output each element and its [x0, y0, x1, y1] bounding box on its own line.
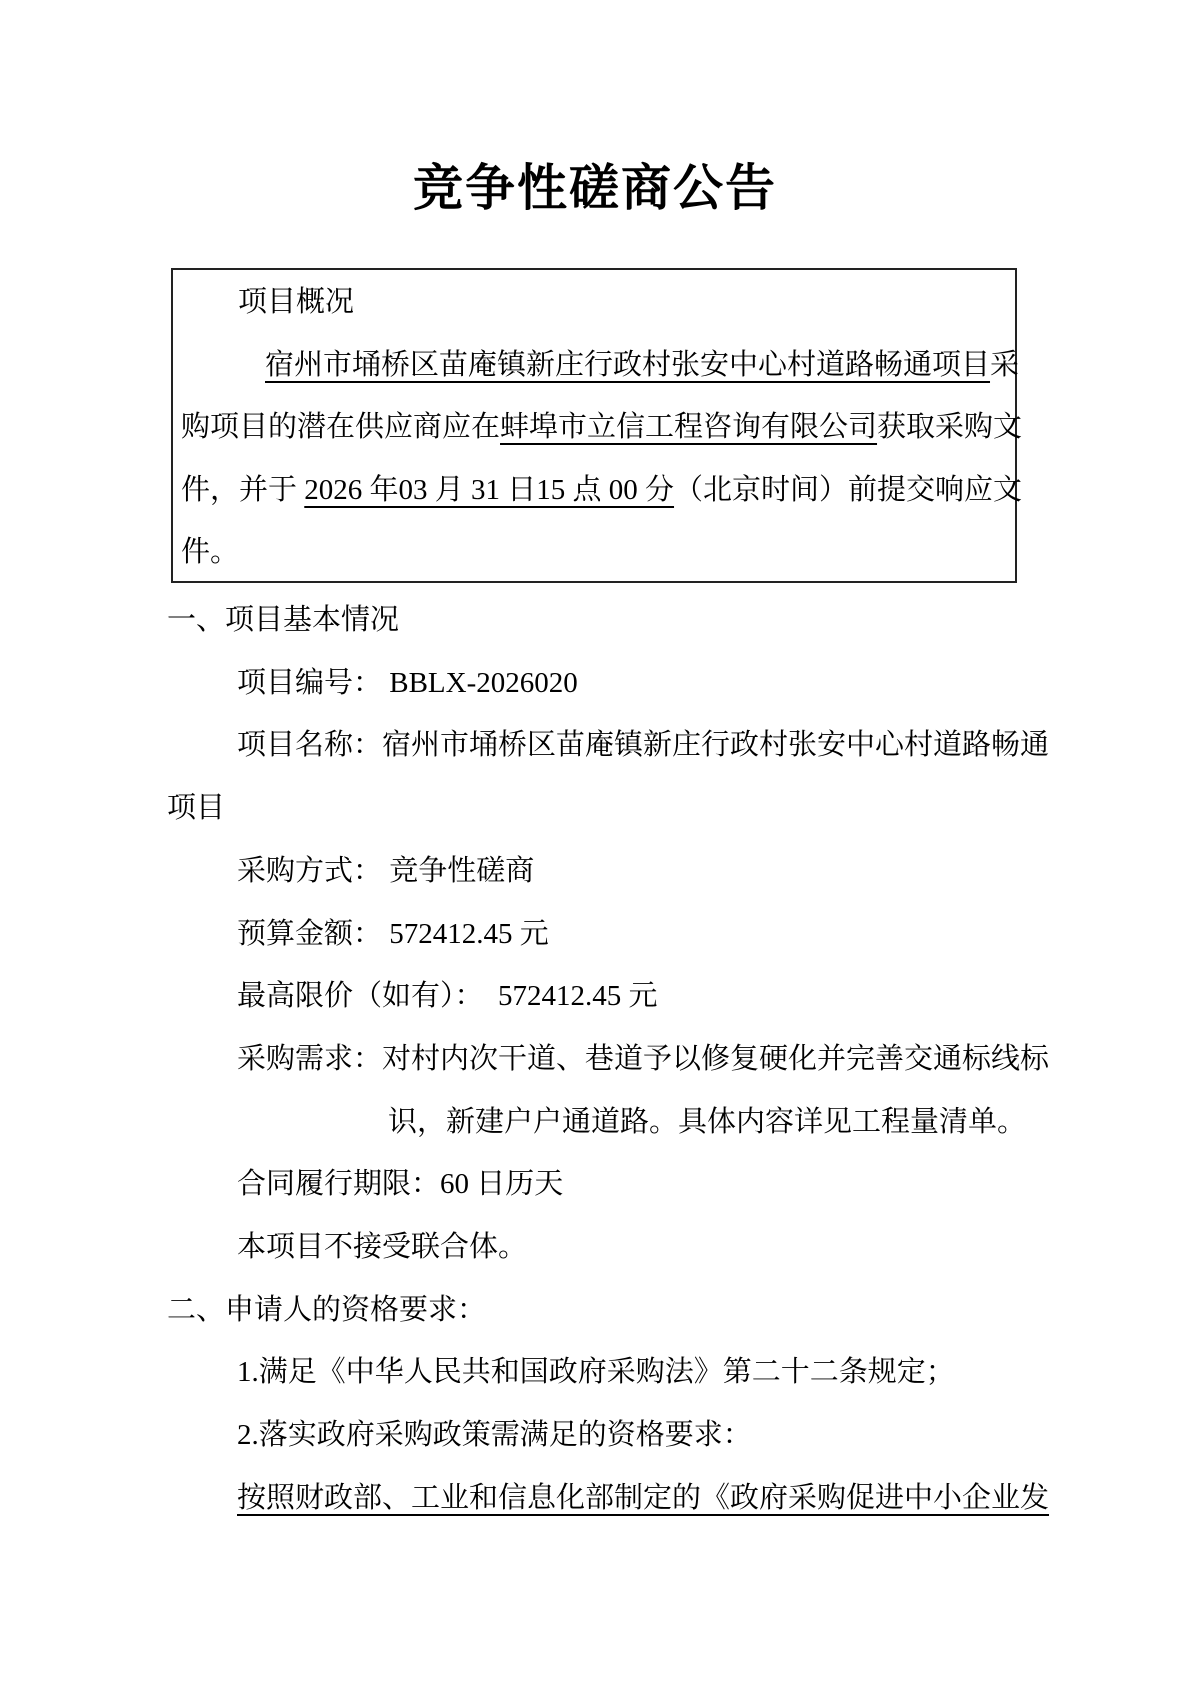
text-segment: 1.满足《中华人民共和国政府采购法》第二十二条规定；: [237, 1356, 955, 1388]
underlined-text: 宿州市埇桥区苗庵镇新庄行政村张安中心村道路畅通项目: [265, 349, 990, 381]
text-segment: （北京时间）前提交响应文: [674, 474, 1022, 506]
underlined-text: 按照财政部、工业和信息化部制定的《政府采购促进中小企业发: [237, 1482, 1049, 1514]
text-line: 识，新建户户通道路。具体内容详见工程量清单。: [388, 1091, 1147, 1154]
text-line: 采购需求：对村内次干道、巷道予以修复硬化并完善交通标线标: [237, 1028, 1147, 1091]
text-line: 项目概况: [238, 271, 1005, 334]
text-segment: 项目概况: [238, 286, 354, 318]
text-segment: 获取采购文: [877, 411, 1022, 443]
text-segment: 采购方式： 竞争性磋商: [237, 855, 534, 887]
section-heading: 一、项目基本情况: [167, 589, 1147, 652]
section-heading: 二、申请人的资格要求：: [167, 1279, 1147, 1342]
text-line: 预算金额： 572412.45 元: [237, 903, 1147, 966]
text-segment: 本项目不接受联合体。: [237, 1231, 527, 1263]
document-page: 竞争性磋商公告 项目概况宿州市埇桥区苗庵镇新庄行政村张安中心村道路畅通项目采购项…: [0, 0, 1190, 1683]
text-segment: 项目编号： BBLX-2026020: [237, 667, 578, 699]
text-segment: 2.落实政府采购政策需满足的资格要求：: [237, 1419, 752, 1451]
underlined-text: 2026 年03 月 31 日15 点 00 分: [304, 474, 674, 506]
text-segment: 最高限价（如有）： 572412.45 元: [237, 980, 658, 1012]
text-segment: 件。: [181, 536, 239, 568]
text-segment: 采: [990, 349, 1019, 381]
underlined-text: 蚌埠市立信工程咨询有限公司: [500, 411, 877, 443]
text-line: 按照财政部、工业和信息化部制定的《政府采购促进中小企业发: [237, 1467, 1147, 1530]
text-segment: 购项目的潜在供应商应在: [181, 411, 500, 443]
text-line: 项目: [167, 777, 1147, 840]
text-segment: 项目: [167, 792, 225, 824]
text-line: 1.满足《中华人民共和国政府采购法》第二十二条规定；: [237, 1341, 1147, 1404]
text-line: 采购方式： 竞争性磋商: [237, 840, 1147, 903]
text-segment: 合同履行期限：60 日历天: [237, 1168, 563, 1200]
project-overview-box: 项目概况宿州市埇桥区苗庵镇新庄行政村张安中心村道路畅通项目采购项目的潜在供应商应…: [171, 268, 1017, 583]
text-segment: 采购需求：对村内次干道、巷道予以修复硬化并完善交通标线标: [237, 1043, 1049, 1075]
text-segment: 预算金额： 572412.45 元: [237, 918, 549, 950]
text-segment: 项目名称：宿州市埇桥区苗庵镇新庄行政村张安中心村道路畅通: [237, 729, 1049, 761]
text-line: 项目编号： BBLX-2026020: [237, 652, 1147, 715]
text-segment: 一、项目基本情况: [167, 604, 399, 636]
text-segment: 二、申请人的资格要求：: [167, 1294, 486, 1326]
text-segment: 件，并于: [181, 474, 304, 506]
text-line: 项目名称：宿州市埇桥区苗庵镇新庄行政村张安中心村道路畅通: [237, 714, 1147, 777]
text-line: 购项目的潜在供应商应在蚌埠市立信工程咨询有限公司获取采购文: [181, 396, 1005, 459]
document-body: 一、项目基本情况项目编号： BBLX-2026020项目名称：宿州市埇桥区苗庵镇…: [167, 589, 1147, 1530]
text-line: 最高限价（如有）： 572412.45 元: [237, 965, 1147, 1028]
text-line: 合同履行期限：60 日历天: [237, 1153, 1147, 1216]
document-title: 竞争性磋商公告: [0, 156, 1190, 220]
text-line: 2.落实政府采购政策需满足的资格要求：: [237, 1404, 1147, 1467]
text-segment: 识，新建户户通道路。具体内容详见工程量清单。: [388, 1106, 1026, 1138]
text-line: 本项目不接受联合体。: [237, 1216, 1147, 1279]
text-line: 件，并于 2026 年03 月 31 日15 点 00 分（北京时间）前提交响应…: [181, 459, 1005, 522]
text-line: 件。: [181, 521, 1005, 584]
text-line: 宿州市埇桥区苗庵镇新庄行政村张安中心村道路畅通项目采: [265, 334, 1005, 397]
